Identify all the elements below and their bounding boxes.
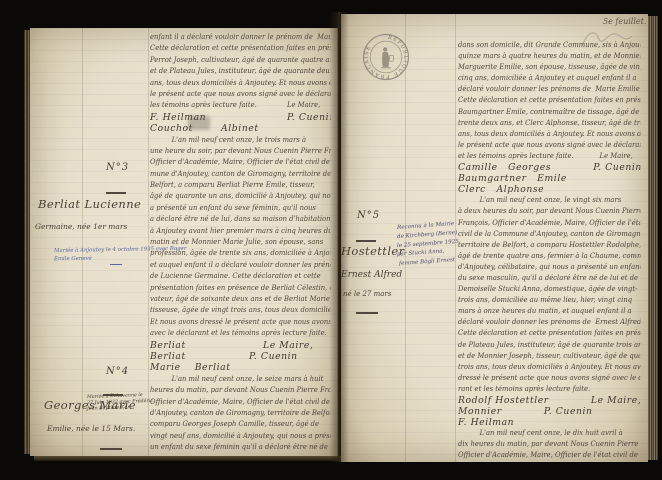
manuscript-line: Monnier P. Cuenin — [458, 406, 640, 417]
manuscript-line: vingt neuf ans, domicilié à Anjoutey, qu… — [150, 431, 330, 442]
left-page: N°3 Berliat Lucienne Germaine, née 1er m… — [30, 28, 338, 456]
manuscript-line: Officier d'Académie, Maire, Officier de … — [150, 157, 330, 168]
manuscript-line: de Plateau Jules, instituteur, âgé de qu… — [458, 340, 640, 351]
manuscript-line: Perrot Joseph, cultivateur, âgé de quara… — [150, 55, 330, 66]
act3-margin-name: Berliat Lucienne — [38, 197, 141, 211]
manuscript-line: le présent acte que nous avons signé ave… — [458, 140, 640, 151]
photo-background: N°3 Berliat Lucienne Germaine, née 1er m… — [0, 0, 662, 480]
manuscript-line: Couchot Albinet — [150, 123, 330, 134]
manuscript-line: civil de la Commune d'Anjoutey, canton d… — [458, 229, 640, 240]
manuscript-line: Berliat Le Maire, — [150, 340, 330, 351]
manuscript-line: enfant il a déclaré vouloir donner le pr… — [150, 32, 330, 43]
manuscript-line: dix heures du matin, par devant Nous Cue… — [458, 439, 640, 450]
manuscript-line: d'Anjoutey, canton de Giromagny, territo… — [150, 408, 330, 419]
left-margin-divider-line — [148, 28, 149, 456]
manuscript-line: de Lucienne Germaine. Cette déclaration … — [150, 271, 330, 282]
manuscript-line: cinq ans, domiciliée à Anjoutey et auque… — [458, 73, 640, 84]
manuscript-line: Marguerite Emilie, son épouse, tisseuse,… — [458, 62, 640, 73]
manuscript-line: trois ans, tous deux domiciliés à Anjout… — [458, 362, 640, 373]
act5-number: N°5 — [357, 210, 380, 221]
act3-number: N°3 — [106, 162, 129, 173]
manuscript-line: heures du matin, par devant Nous Cuenin … — [150, 385, 330, 396]
manuscript-line: les témoins après lecture faite. Le Mair… — [150, 100, 330, 111]
manuscript-line: vateur, âgé de soixante deux ans et de B… — [150, 294, 330, 305]
manuscript-line: Baumgartner Emile, contremaître de tissa… — [458, 107, 640, 118]
manuscript-line: Camille Georges P. Cuenin — [458, 162, 640, 173]
republique-francaise-stamp: RÉPUBLIQUE FRANÇAISE — [361, 32, 411, 82]
act5-margin-name: Hostettler — [341, 244, 405, 258]
manuscript-line: F. Heilman — [458, 417, 640, 428]
left-page-fold-line — [82, 28, 83, 456]
manuscript-line: Et nous avons dressé le présent acte que… — [150, 317, 330, 328]
manuscript-line: quinze mars à quatre heures du matin, et… — [458, 51, 640, 62]
manuscript-line: ans, tous deux domiciliés à Anjoutey. Et… — [458, 129, 640, 140]
manuscript-line: rant et les témoins après lecture faite. — [458, 384, 640, 395]
manuscript-line: à deux heures du soir, par devant Nous C… — [458, 206, 640, 217]
right-page-stack-edge — [648, 16, 658, 460]
manuscript-line: et de Monnier Joseph, tisseur, cultivate… — [458, 351, 640, 362]
manuscript-line: trois ans, domiciliée au même lieu, hier… — [458, 295, 640, 306]
separator-dash — [110, 264, 122, 265]
manuscript-line: déclaré vouloir donner les prénoms de Ma… — [458, 84, 640, 95]
manuscript-line: Officier d'Académie, Maire, Officier de … — [458, 450, 640, 461]
manuscript-line: Rodolf Hostettler Le Maire, — [458, 395, 640, 406]
manuscript-line: matin et de Monnier Marie Julie, son épo… — [150, 237, 330, 248]
act5-margin-name-3: né le 27 mars — [343, 290, 391, 298]
manuscript-line: Cette déclaration et cette présentation … — [458, 95, 640, 106]
separator-dash — [356, 240, 376, 242]
act5-margin-name-2: Ernest Alfred — [341, 270, 402, 280]
manuscript-line: et les témoins après lecture faite. Le M… — [458, 151, 640, 162]
manuscript-line: tisseuse, âgée de vingt trois ans, tous … — [150, 305, 330, 316]
manuscript-line: mune d'Anjoutey, canton de Giromagny, te… — [150, 169, 330, 180]
separator-dash — [106, 192, 126, 194]
manuscript-line: Clerc Alphonse — [458, 184, 640, 195]
marianne-figure-icon — [381, 47, 394, 67]
manuscript-line: dressé le présent acte que nous avons si… — [458, 373, 640, 384]
act4-number: N°4 — [106, 366, 129, 377]
manuscript-line: Baumgartner Emile — [458, 173, 640, 184]
manuscript-line: Marie Berliat — [150, 362, 330, 373]
right-page-text: dans son domicile, dit Grande Commune, s… — [458, 40, 646, 464]
left-page-text: enfant il a déclaré vouloir donner le pr… — [150, 32, 336, 454]
manuscript-line: un enfant du sexe féminin qu'il a déclar… — [150, 442, 330, 453]
manuscript-line: a présenté un enfant du sexe féminin, qu… — [150, 203, 330, 214]
right-page: 5e feuillet. RÉPUBLIQUE FRANÇAISE N°5 Ho… — [341, 14, 648, 462]
manuscript-line: dans son domicile, dit Grande Commune, s… — [458, 40, 640, 51]
manuscript-line: Demoiselle Stucki Anna, domestique, âgée… — [458, 284, 640, 295]
book-gutter — [329, 12, 349, 462]
manuscript-line: profession, âgée de trente six ans, domi… — [150, 248, 330, 259]
act4-margin-name-2: Emilie, née le 15 Mars. — [47, 424, 135, 433]
separator-dash — [356, 312, 378, 314]
manuscript-line: a déclaré être né de lui, dans sa maison… — [150, 214, 330, 225]
manuscript-line: à Anjoutey avant hier premier mars à cin… — [150, 226, 330, 237]
manuscript-line: François, Officier d'Académie, Maire, Of… — [458, 218, 640, 229]
folio-label: 5e feuillet. — [603, 17, 646, 26]
manuscript-line: Cette déclaration et cette présentation … — [150, 43, 330, 54]
act3-margin-name-2: Germaine, née 1er mars — [35, 222, 127, 231]
manuscript-line: F. Heilman P. Cuenin — [150, 112, 330, 123]
manuscript-line: et auquel enfant il a déclaré vouloir do… — [150, 260, 330, 271]
separator-dash — [100, 448, 122, 450]
manuscript-line: et de Plateau Jules, instituteur, âgé de… — [150, 66, 330, 77]
manuscript-line: Belfort, a comparu Berliat Pierre Emile,… — [150, 180, 330, 191]
manuscript-line: présentation faites en présence de Berli… — [150, 283, 330, 294]
manuscript-line: une heure du soir, par devant Nous Cueni… — [150, 146, 330, 157]
manuscript-line: âgé de trente quatre ans, fermier à la C… — [458, 251, 640, 262]
manuscript-line: Berliat P. Cuenin — [150, 351, 330, 362]
manuscript-line: comparu Georges Joseph Camille, tisseur,… — [150, 419, 330, 430]
manuscript-line: déclaré vouloir donner les prénoms de Er… — [458, 317, 640, 328]
manuscript-line: territoire de Belfort, a comparu Hostett… — [458, 240, 640, 251]
manuscript-line: Cette déclaration et cette présentation … — [458, 328, 640, 339]
manuscript-line: L'an mil neuf cent onze, le vingt six ma… — [458, 195, 640, 206]
manuscript-line: L'an mil neuf cent onze, le seize mars à… — [150, 374, 330, 385]
manuscript-line: trente deux ans, et Clerc Alphonse, tiss… — [458, 118, 640, 129]
manuscript-line: ans, tous deux domiciliés à Anjoutey. Et… — [150, 78, 330, 89]
manuscript-line: L'an mil neuf cent onze, le trois mars à — [150, 135, 330, 146]
manuscript-line: avec le déclarant et les témoins après l… — [150, 328, 330, 339]
manuscript-line: mars à onze heures du matin, et auquel e… — [458, 306, 640, 317]
manuscript-line: d'Anjoutey, célibataire, qui nous a prés… — [458, 262, 640, 273]
manuscript-line: âgé de quarante un ans, domicilié à Anjo… — [150, 191, 330, 202]
act3-marriage-note-line2: Emile Genevé — [54, 256, 92, 264]
manuscript-line: L'an mil neuf cent onze, le dix huit avr… — [458, 428, 640, 439]
manuscript-line: le présent acte que nous avons signé ave… — [150, 89, 330, 100]
manuscript-line: Officier d'Académie, Maire, Officier de … — [150, 397, 330, 408]
manuscript-line: du sexe masculin, qu'il a déclaré être n… — [458, 273, 640, 284]
